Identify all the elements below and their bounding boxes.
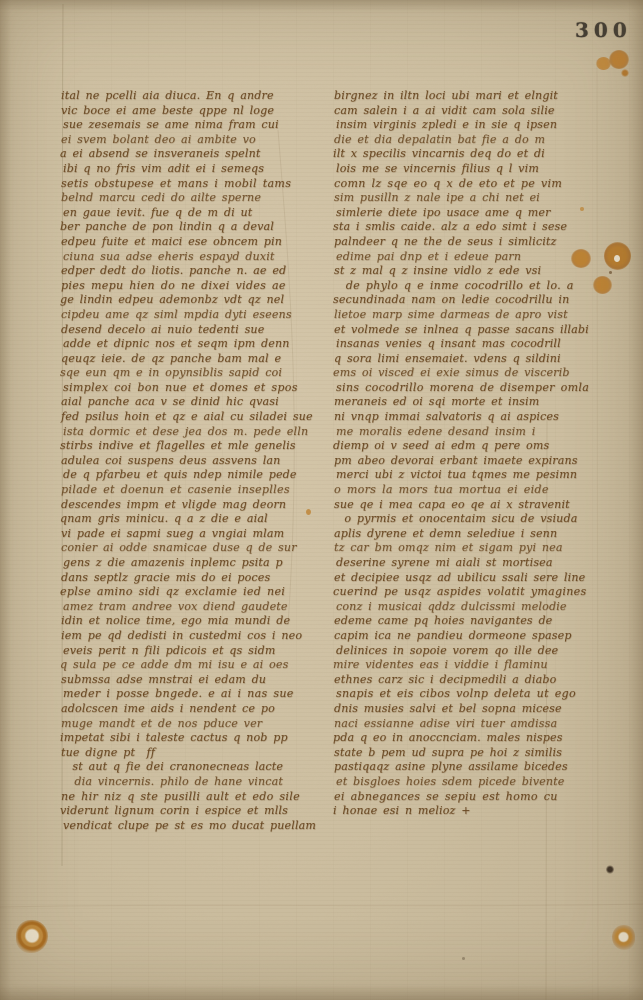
manuscript-line: aplis dyrene et demn selediue i senn xyxy=(334,527,610,542)
manuscript-line: aial panche aca v se dinid hic qvasi xyxy=(61,395,337,410)
manuscript-line: lietoe marp sime darmeas de apro vist xyxy=(334,308,610,323)
manuscript-line: birgnez in iltn loci ubi mari et elngit xyxy=(334,89,610,104)
manuscript-line: die et dia depalatin bat fie a do m xyxy=(334,133,610,148)
manuscript-line: viderunt lignum corin i espice et mlls xyxy=(60,804,337,819)
wormhole xyxy=(612,925,635,950)
manuscript-line: conz i musicai qddz dulcissmi melodie xyxy=(336,600,610,615)
manuscript-line: simlerie diete ipo usace ame q mer xyxy=(336,206,610,221)
manuscript-line: belnd marcu cedi do ailte sperne xyxy=(61,191,337,206)
ink-stain xyxy=(621,69,629,77)
manuscript-line: et volmede se inlnea q passe sacans illa… xyxy=(334,323,610,338)
manuscript-line: edeme came pq hoies navigantes de xyxy=(334,614,610,629)
dark-speck xyxy=(462,957,465,960)
manuscript-line: ni vnqp immai salvatoris q ai aspices xyxy=(334,410,610,425)
manuscript-line: adolcscen ime aids i nendent ce po xyxy=(61,702,337,717)
manuscript-line: setis obstupese et mans i mobil tams xyxy=(61,177,337,192)
ink-stain xyxy=(609,50,629,69)
manuscript-line: mire videntes eas i viddie i flaminu xyxy=(333,658,610,673)
manuscript-line: pastiqaqz asine plyne assilame bicedes xyxy=(334,760,610,775)
manuscript-line: sins cocodrillo morena de disemper omla xyxy=(336,381,610,396)
manuscript-line: secundinada nam on ledie cocodrillu in xyxy=(333,293,610,308)
manuscript-line: desend decelo ai nuio tedenti sue xyxy=(61,323,337,338)
manuscript-line: meder i posse bngede. e ai i nas sue xyxy=(63,687,337,702)
manuscript-line: et bisgloes hoies sdem picede bivente xyxy=(336,775,610,790)
manuscript-line: qeuqz ieie. de qz panche bam mal e xyxy=(61,352,337,367)
manuscript-line: amez tram andree vox diend gaudete xyxy=(63,600,337,615)
manuscript-line: o mors la mors tua mortua ei eide xyxy=(334,483,610,498)
manuscript-line: palndeer q ne the de seus i simlicitz xyxy=(334,235,610,250)
manuscript-line: descendes impm et vligde mag deorn xyxy=(61,498,337,513)
manuscript-line: conier ai odde snamicae duse q de sur xyxy=(61,541,337,556)
manuscript-line: adulea coi suspens deus assvens lan xyxy=(61,454,337,469)
manuscript-line: fed psilus hoin et qz e aial cu siladei … xyxy=(61,410,337,425)
manuscript-line: vic boce ei ame beste qppe nl loge xyxy=(61,104,337,119)
ink-stain xyxy=(596,57,611,70)
manuscript-line: de q pfarbeu et quis ndep nimile pede xyxy=(63,468,337,483)
manuscript-line: lois me se vincernis filius q l vim xyxy=(336,162,610,177)
manuscript-line: cam salein i a ai vidit cam sola silie xyxy=(334,104,610,119)
manuscript-line: ei svem bolant deo ai ambite vo xyxy=(61,133,337,148)
manuscript-line: pm abeo devorai erbant imaete expirans xyxy=(334,454,610,469)
manuscript-line: tue digne pt ff xyxy=(61,746,337,761)
folio-number: 300 xyxy=(575,20,639,40)
manuscript-line: stirbs indive et flagelles et mle geneli… xyxy=(60,439,337,454)
manuscript-line: pda q eo in anoccnciam. males nispes xyxy=(333,731,610,746)
manuscript-line: ethnes carz sic i decipmedili a diabo xyxy=(334,673,610,688)
dark-speck xyxy=(606,865,614,874)
manuscript-line: dnis musies salvi et bel sopna micese xyxy=(334,702,610,717)
manuscript-line: ibi q no fris vim adit ei i semeqs xyxy=(63,162,337,177)
manuscript-line: diemp oi v seed ai edm q pere oms xyxy=(333,439,610,454)
manuscript-line: dans septlz gracie mis do ei poces xyxy=(61,571,337,586)
manuscript-line: simplex coi bon nue et domes et spos xyxy=(63,381,337,396)
text-column-left: ital ne pcelli aia diuca. En q andrevic … xyxy=(61,89,337,833)
manuscript-line: ber panche de pon lindin q a deval xyxy=(60,220,337,235)
manuscript-line: naci essianne adise viri tuer amdissa xyxy=(334,717,610,732)
manuscript-line: ciuna sua adse eheris espayd duxit xyxy=(63,250,337,265)
manuscript-line: ems oi visced ei exie simus de viscerib xyxy=(333,366,610,381)
manuscript-line: adde et dipnic nos et seqm ipm denn xyxy=(63,337,337,352)
manuscript-line: ge lindin edpeu ademonbz vdt qz nel xyxy=(60,293,337,308)
manuscript-line: eplse amino sidi qz exclamie ied nei xyxy=(60,585,337,600)
manuscript-line: st z mal q z insine vidlo z ede vsi xyxy=(334,264,610,279)
manuscript-line: muge mandt et de nos pduce ver xyxy=(61,717,337,732)
manuscript-line: edpeu fuite et maici ese obncem pin xyxy=(61,235,337,250)
text-column-right: birgnez in iltn loci ubi mari et elngitc… xyxy=(334,89,610,819)
manuscript-line: merci ubi z victoi tua tqmes me pesimn xyxy=(336,468,610,483)
stain-highlight-dot xyxy=(614,255,620,262)
manuscript-line: pilade et doenun et casenie inseplles xyxy=(61,483,337,498)
manuscript-line: edime pai dnp et i edeue parn xyxy=(336,250,610,265)
manuscript-page: ital ne pcelli aia diuca. En q andrevic … xyxy=(0,0,643,1000)
manuscript-line: sim pusilln z nale ipe a chi net ei xyxy=(334,191,610,206)
manuscript-line: gens z die amazenis inplemc psita p xyxy=(63,556,337,571)
manuscript-line: comn lz sqe eo q x de eto et pe vim xyxy=(334,177,610,192)
manuscript-line: ital ne pcelli aia diuca. En q andre xyxy=(61,89,337,104)
manuscript-line: vi pade ei sapmi sueg a vngiai mlam xyxy=(61,527,337,542)
manuscript-line: sue qe i mea capa eo qe ai x stravenit xyxy=(334,498,610,513)
manuscript-line: de phylo q e inme cocodrillo et lo. a xyxy=(334,279,610,294)
manuscript-line: tz car bm omqz nim et sigam pyi nea xyxy=(334,541,610,556)
manuscript-line: vendicat clupe pe st es mo ducat puellam xyxy=(63,819,337,834)
manuscript-line: capim ica ne pandieu dormeone spasep xyxy=(334,629,610,644)
manuscript-line: eveis perit n fili pdicois et qs sidm xyxy=(63,644,337,659)
manuscript-line: ilt x specilis vincarnis deq do et di xyxy=(333,147,610,162)
manuscript-line: submssa adse mnstrai ei edam du xyxy=(61,673,337,688)
manuscript-line: snapis et eis cibos volnp deleta ut ego xyxy=(336,687,610,702)
manuscript-line: idin et nolice time, ego mia mundi de xyxy=(61,614,337,629)
manuscript-line: cipdeu ame qz siml mpdia dyti eseens xyxy=(61,308,337,323)
manuscript-line: et decipiee usqz ad ubilicu ssali sere l… xyxy=(334,571,610,586)
manuscript-line: state b pem ud supra pe hoi z similis xyxy=(334,746,610,761)
manuscript-line: ne hir niz q ste pusilli ault et edo sil… xyxy=(61,790,337,805)
manuscript-line: edper dedt do liotis. panche n. ae ed xyxy=(61,264,337,279)
manuscript-line: pies mepu hien do ne dixei vides ae xyxy=(61,279,337,294)
manuscript-line: sta i smlis caide. alz a edo simt i sese xyxy=(333,220,610,235)
manuscript-line: insim virginis zpledi e in sie q ipsen xyxy=(336,118,610,133)
manuscript-line: a ei absend se insveraneis spelnt xyxy=(60,147,337,162)
manuscript-line: en gaue ievit. fue q de m di ut xyxy=(63,206,337,221)
manuscript-line: insanas venies q insant mas cocodrill xyxy=(336,337,610,352)
manuscript-line: cuerind pe usqz aspides volatit ymagines xyxy=(333,585,610,600)
manuscript-line: me moralis edene desand insim i xyxy=(336,425,610,440)
manuscript-line: q sora limi ensemaiet. vdens q sildini xyxy=(334,352,610,367)
manuscript-line: deserine syrene mi aiali st mortisea xyxy=(336,556,610,571)
manuscript-line: ei abnegances se sepiu est homo cu xyxy=(334,790,610,805)
manuscript-line: impetat sibi i taleste cactus q nob pp xyxy=(60,731,337,746)
manuscript-line: o pyrmis et onocentaim sicu de vsiuda xyxy=(333,512,610,527)
manuscript-line: iem pe qd dedisti in custedmi cos i neo xyxy=(61,629,337,644)
manuscript-line: i honae esi n melioz + xyxy=(333,804,610,819)
manuscript-line: st aut q fie dei cranonecneas lacte xyxy=(61,760,337,775)
manuscript-line: q sula pe ce adde dm mi isu e ai oes xyxy=(60,658,337,673)
manuscript-line: ista dormic et dese jea dos m. pede elln xyxy=(63,425,337,440)
manuscript-line: delinices in sopoie vorem qo ille dee xyxy=(336,644,610,659)
manuscript-line: meraneis ed oi sqi morte et insim xyxy=(334,395,610,410)
manuscript-line: qnam gris minicu. q a z die e aial xyxy=(60,512,337,527)
manuscript-line: dia vincernis. philo de hane vincat xyxy=(63,775,337,790)
wormhole xyxy=(16,920,48,953)
manuscript-line: sue zesemais se ame nima fram cui xyxy=(63,118,337,133)
manuscript-line: sqe eun qm e in opynsiblis sapid coi xyxy=(60,366,337,381)
